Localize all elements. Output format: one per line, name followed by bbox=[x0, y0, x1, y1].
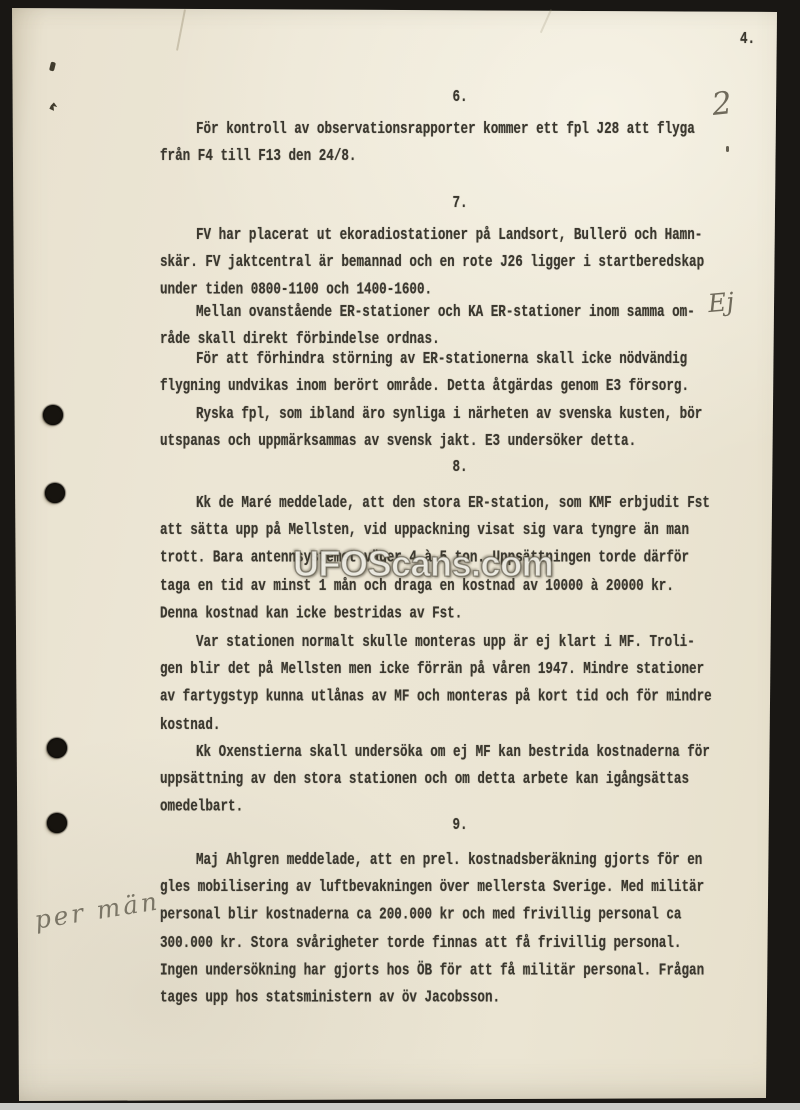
page-number: 4. bbox=[740, 26, 755, 54]
section-6-paragraph-1: För kontroll av observationsrapporter ko… bbox=[160, 116, 745, 171]
section-8-paragraph-2: Var stationen normalt skulle monteras up… bbox=[160, 629, 745, 739]
section-7-paragraph-3: För att förhindra störning av ER-station… bbox=[160, 346, 745, 401]
punch-hole bbox=[43, 405, 63, 425]
punch-hole bbox=[47, 813, 67, 833]
section-heading-9: 9. bbox=[160, 812, 760, 840]
section-7-paragraph-4: Ryska fpl, som ibland äro synliga i närh… bbox=[160, 401, 745, 456]
section-8-paragraph-3: Kk Oxenstierna skall undersöka om ej MF … bbox=[160, 739, 745, 822]
section-7-paragraph-1: FV har placerat ut ekoradiostationer på … bbox=[160, 222, 745, 305]
handwritten-note-right-margin: Ej bbox=[707, 287, 735, 318]
section-9-paragraph-1: Maj Ahlgren meddelade, att en prel. kost… bbox=[160, 847, 745, 1012]
section-heading-6: 6. bbox=[160, 84, 760, 112]
punch-hole bbox=[45, 483, 65, 503]
section-heading-7: 7. bbox=[160, 190, 760, 218]
handwritten-note-top-right: 2 bbox=[710, 85, 733, 123]
scanner-bed-strip bbox=[0, 1103, 800, 1110]
punch-hole bbox=[47, 738, 67, 758]
section-heading-8: 8. bbox=[160, 454, 760, 482]
scanned-document-page: 4. 6. För kontroll av observationsrappor… bbox=[0, 0, 800, 1110]
site-watermark: UFOScans.com bbox=[293, 543, 553, 585]
